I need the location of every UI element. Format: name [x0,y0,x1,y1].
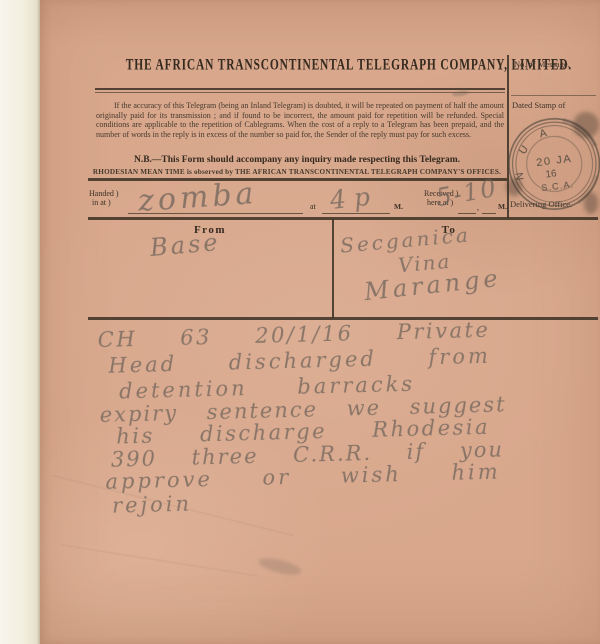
at-label: at [310,202,316,211]
title-rule-thin [95,92,505,93]
stamp-ink-blob [584,192,598,214]
no-of-message-label: No. of Message. [514,59,570,69]
received-time-fill-line-2 [482,213,496,214]
from-to-divider [332,219,334,318]
scanner-background-strip [0,0,40,644]
telegram-scan: THE AFRICAN TRANSCONTINENTAL TELEGRAPH C… [0,0,600,644]
handwritten-message-body: CH 63 20/1/16 Private Head discharged fr… [85,312,570,534]
company-title: THE AFRICAN TRANSCONTINENTAL TELEGRAPH C… [126,57,470,75]
rhodesian-time-notice: RHODESIAN MEAN TIME is observed by THE A… [88,168,506,176]
meridiem-label-1: M. [394,202,403,211]
section-rule [88,178,507,181]
handed-in-label: Handed ) [89,189,119,198]
received-time-fill-line [458,213,476,214]
stamp-year: 16 [545,168,558,180]
handwritten-handed-time: 4 p [329,182,372,215]
message-line: rejoin [112,492,192,518]
stamp-date: 20 JA [536,153,573,169]
stamp-ink-blob [506,178,522,196]
stamp-ink-blob [573,112,599,138]
side-panel-rule [511,95,596,96]
stamp-initials: S.C.A. [541,179,575,193]
handed-in-label-line2: in at ) [92,198,111,207]
nb-notice: N.B.—This Form should accompany any inqu… [88,155,506,165]
conditions-paragraph: If the accuracy of this Telegram (being … [96,101,504,140]
title-rule-thick [95,88,505,90]
